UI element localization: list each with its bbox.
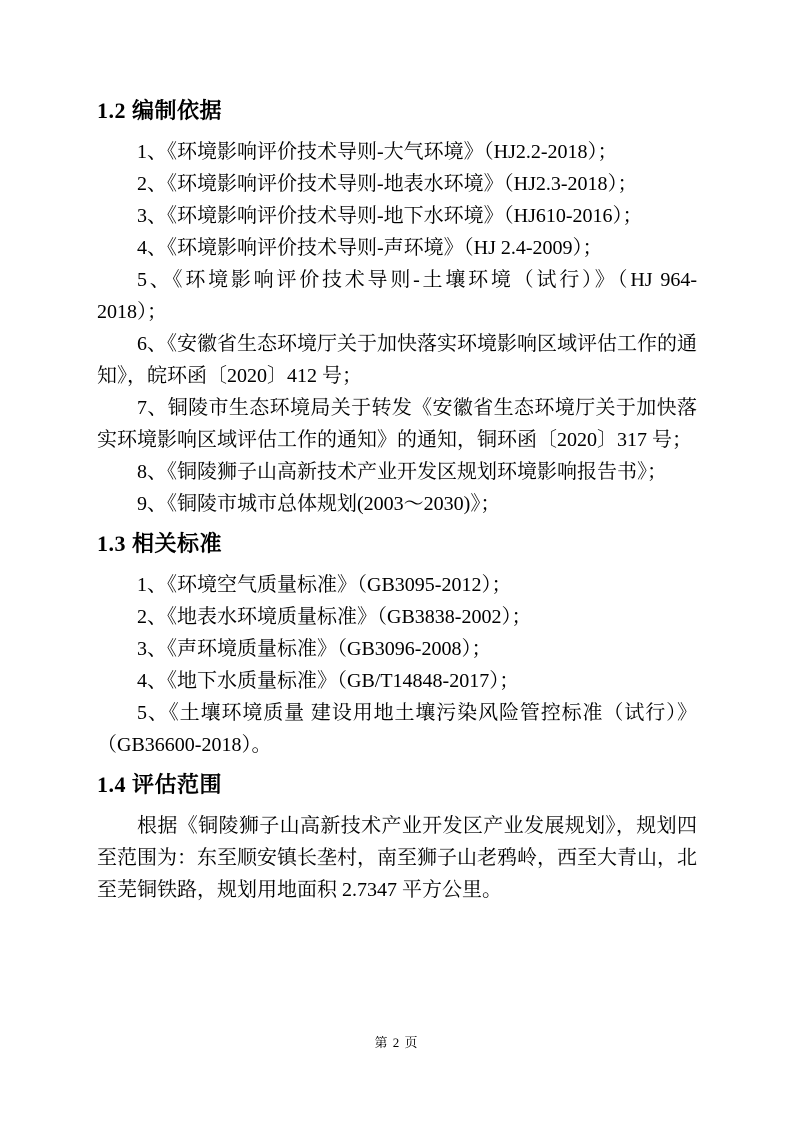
body-paragraph: 根据《铜陵狮子山高新技术产业开发区产业发展规划》，规划四至范围为：东至顺安镇长垄… bbox=[97, 810, 697, 906]
list-item: 1、《环境空气质量标准》（GB3095-2012）； bbox=[97, 569, 697, 601]
list-item: 2、《地表水环境质量标准》（GB3838-2002）； bbox=[97, 601, 697, 633]
section-heading-1-4: 1.4 评估范围 bbox=[97, 774, 697, 796]
section-heading-1-2: 1.2 编制依据 bbox=[97, 100, 697, 122]
document-page: 1.2 编制依据 1、《环境影响评价技术导则-大气环境》（HJ2.2-2018）… bbox=[0, 0, 793, 1122]
list-item: 4、《环境影响评价技术导则-声环境》（HJ 2.4-2009）； bbox=[97, 232, 697, 264]
list-item: 8、《铜陵狮子山高新技术产业开发区规划环境影响报告书》； bbox=[97, 456, 697, 488]
list-item: 1、《环境影响评价技术导则-大气环境》（HJ2.2-2018）； bbox=[97, 136, 697, 168]
list-item: 3、《环境影响评价技术导则-地下水环境》（HJ610-2016）； bbox=[97, 200, 697, 232]
list-item: 9、《铜陵市城市总体规划(2003～2030)》； bbox=[97, 488, 697, 520]
list-item: 4、《地下水质量标准》（GB/T14848-2017）； bbox=[97, 665, 697, 697]
list-item: 7、铜陵市生态环境局关于转发《安徽省生态环境厅关于加快落实环境影响区域评估工作的… bbox=[97, 392, 697, 456]
list-item: 6、《安徽省生态环境厅关于加快落实环境影响区域评估工作的通知》，皖环函〔2020… bbox=[97, 328, 697, 392]
list-item: 3、《声环境质量标准》（GB3096-2008）； bbox=[97, 633, 697, 665]
list-item: 2、《环境影响评价技术导则-地表水环境》（HJ2.3-2018）； bbox=[97, 168, 697, 200]
list-item: 5、《环境影响评价技术导则-土壤环境（试行）》（HJ 964-2018）； bbox=[97, 264, 697, 328]
page-number-footer: 第 2 页 bbox=[0, 1034, 793, 1052]
list-item: 5、《土壤环境质量 建设用地土壤污染风险管控标准（试行）》（GB36600-20… bbox=[97, 697, 697, 761]
section-heading-1-3: 1.3 相关标准 bbox=[97, 533, 697, 555]
